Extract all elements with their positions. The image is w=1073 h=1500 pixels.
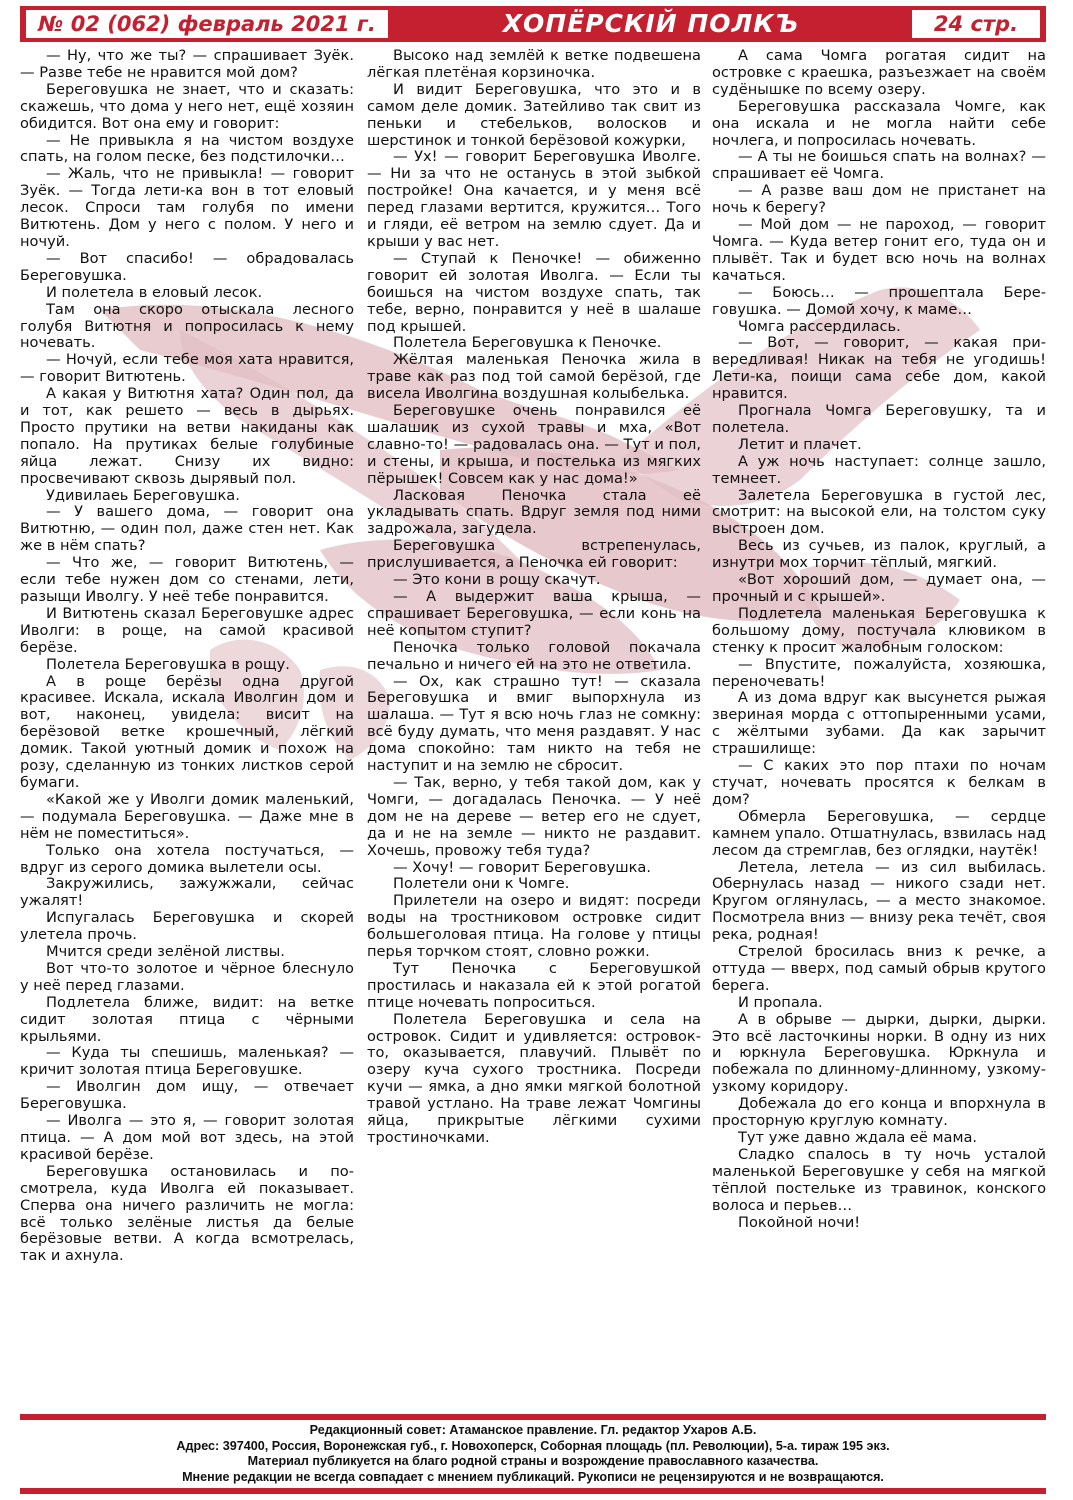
paragraph: «Вот хороший дом, — думает она, — прочны… [712, 572, 1046, 606]
paragraph: А какая у Витютня хата? Один пол, да и т… [20, 386, 354, 487]
paragraph: Полетела Береговушка в рощу. [20, 657, 354, 674]
paragraph: Добежала до его конца и впорх­нула в про… [712, 1096, 1046, 1130]
paragraph: И полетела в еловый лесок. [20, 285, 354, 302]
paragraph: Сладко спалось в ту ночь уста­лой малень… [712, 1147, 1046, 1215]
imprint-footer: Редакционный совет: Атаманское правление… [20, 1423, 1046, 1485]
newspaper-title: ХОПЁРСКIЙ ПОЛКЪ [396, 6, 906, 42]
paragraph: — А выдержит ваша крыша, — спрашивает Бе… [367, 589, 701, 640]
paragraph: — Куда ты спешишь, малень­кая? — кричит … [20, 1045, 354, 1079]
paragraph: Береговушка не знает, что и сказать: ска… [20, 82, 354, 133]
disclaimer-line: Мнение редакции не всегда совпадает с мн… [20, 1470, 1046, 1486]
paragraph: — А разве ваш дом не пристанет на ночь к… [712, 183, 1046, 217]
paragraph: А сама Чомга рогатая сидит на островке с… [712, 48, 1046, 99]
paragraph: Береговушка остановилась и по­смотрела, … [20, 1164, 354, 1265]
paragraph: — Впустите, пожалуйста, хозя­юшка, перен… [712, 657, 1046, 691]
paragraph: — Иволгин дом ищу, — отвечает Береговушк… [20, 1079, 354, 1113]
paragraph: — Жаль, что не привыкла! — го­ворит Зуёк… [20, 166, 354, 251]
paragraph: Только она хотела постучать­ся, — вдруг … [20, 843, 354, 877]
paragraph: — Не привыкла я на чистом воз­духе спать… [20, 133, 354, 167]
paragraph: — Ох, как страшно тут! — сказа­ла Берего… [367, 674, 701, 775]
paragraph: Прогнала Чомга Береговушку, та и полетел… [712, 403, 1046, 437]
paragraph: Береговушка встрепенулась, прислушиваетс… [367, 538, 701, 572]
issue-box: № 02 (062) февраль 2021 г. [26, 10, 388, 38]
article-column-1: — Ну, что же ты? — спрашивает Зуёк. — Ра… [20, 48, 354, 1265]
paragraph: — Так, верно, у тебя такой дом, как у Чо… [367, 775, 701, 860]
paragraph: А в роще берёзы одна другой красивее. Ис… [20, 674, 354, 792]
paragraph: И Витютень сказал Береговушке адрес Ивол… [20, 606, 354, 657]
footer-divider-bottom [20, 1488, 1046, 1494]
paragraph: Стрелой бросилась вниз к речке, а оттуда… [712, 944, 1046, 995]
masthead: № 02 (062) февраль 2021 г. ХОПЁРСКIЙ ПОЛ… [20, 6, 1046, 42]
paragraph: Полетели они к Чомге. [367, 876, 701, 893]
page-box: 24 стр. [912, 10, 1040, 38]
issue-number: № 02 (062) февраль 2021 г. [26, 10, 388, 38]
paragraph: — С каких это пор птахи по но­чам стучат… [712, 758, 1046, 809]
paragraph: Летит и плачет. [712, 437, 1046, 454]
paragraph: — А ты не боишься спать на волнах? — спр… [712, 149, 1046, 183]
paragraph: Залетела Береговушка в густой лес, смотр… [712, 488, 1046, 539]
paragraph: Удивилаеь Береговушка. [20, 488, 354, 505]
article-column-3: А сама Чомга рогатая сидит на островке с… [712, 48, 1046, 1231]
paragraph: Береговушке очень понравился её шалашик … [367, 403, 701, 488]
paragraph: Обмерла Береговушка, — серд­це камнем уп… [712, 809, 1046, 860]
footer-divider-top [20, 1414, 1046, 1420]
page-number: 24 стр. [912, 10, 1040, 38]
paragraph: — Вот, — говорит, — какая при­вередливая… [712, 335, 1046, 403]
paragraph: Испугалась Береговушка и ско­рей улетела… [20, 910, 354, 944]
paragraph: А уж ночь наступает: солнце за­шло, темн… [712, 454, 1046, 488]
paragraph: Подлетела маленькая Берего­вушка к больш… [712, 606, 1046, 657]
paragraph: Высоко над землёй к ветке под­вешена лёг… [367, 48, 701, 82]
paragraph: И видит Береговушка, что это и в самом д… [367, 82, 701, 150]
paragraph: Весь из сучьев, из палок, круг­лый, а из… [712, 538, 1046, 572]
paragraph: — Это кони в рощу скачут. [367, 572, 701, 589]
mission-line: Материал публикуется на благо родной стр… [20, 1454, 1046, 1470]
paragraph: Пеночка только головой покача­ла печальн… [367, 640, 701, 674]
paragraph: А из дома вдруг как высунется рыжая звер… [712, 690, 1046, 758]
paragraph: Подлетела ближе, видит: на ветке сидит з… [20, 995, 354, 1046]
paragraph: — Иволга — это я, — говорит зо­лотая пти… [20, 1113, 354, 1164]
paragraph: Закружились, зажужжали, сей­час ужалят! [20, 876, 354, 910]
paragraph: Ласковая Пеночка стала её укладывать спа… [367, 488, 701, 539]
paragraph: — Ступай к Пеночке! — обижен­но говорит … [367, 251, 701, 336]
paragraph: Мчится среди зелёной листвы. [20, 944, 354, 961]
paragraph: Береговушка рассказала Чомге, как она ис… [712, 99, 1046, 150]
paragraph: «Какой же у Иволги домик ма­ленький, — п… [20, 792, 354, 843]
paragraph: — Вот спасибо! — обрадовалась Береговушк… [20, 251, 354, 285]
paragraph: — Боюсь… — прошептала Бере­говушка. — До… [712, 285, 1046, 319]
article-body: — Ну, что же ты? — спрашивает Зуёк. — Ра… [20, 48, 1046, 1408]
paragraph: Вот что-то золотое и чёрное блеснуло у н… [20, 961, 354, 995]
article-column-2: Высоко над землёй к ветке под­вешена лёг… [367, 48, 701, 1147]
address-line: Адрес: 397400, Россия, Воронежская губ.,… [20, 1439, 1046, 1455]
paragraph: Полетела Береговушка к Пеноч­ке. [367, 335, 701, 352]
paragraph: Прилетели на озеро и видят: по­среди вод… [367, 893, 701, 961]
paragraph: — Ночуй, если тебе моя хата нравится, — … [20, 352, 354, 386]
paragraph: Жёлтая маленькая Пеночка жи­ла в траве к… [367, 352, 701, 403]
paragraph: — Ух! — говорит Береговушка Иволге. — Ни… [367, 149, 701, 250]
paragraph: Чомга рассердилась. [712, 319, 1046, 336]
paragraph: — Ну, что же ты? — спрашивает Зуёк. — Ра… [20, 48, 354, 82]
paragraph: — У вашего дома, — говорит она Витютню, … [20, 504, 354, 555]
paragraph: — Что же, — говорит Витю­тень, — если те… [20, 555, 354, 606]
paragraph: Полетела Береговушка и села на островок.… [367, 1012, 701, 1147]
paragraph: Покойной ночи! [712, 1215, 1046, 1232]
paragraph: И пропала. [712, 995, 1046, 1012]
paragraph: А в обрыве — дырки, дырки, дырки. Это вс… [712, 1012, 1046, 1097]
paragraph: — Мой дом — не пароход, — го­ворит Чомга… [712, 217, 1046, 285]
paragraph: Тут уже давно ждала её мама. [712, 1130, 1046, 1147]
paragraph: Тут Пеночка с Береговушкой простилась и … [367, 961, 701, 1012]
editorial-board-line: Редакционный совет: Атаманское правление… [20, 1423, 1046, 1439]
paragraph: Там она скоро отыскала лесного голубя Ви… [20, 302, 354, 353]
paragraph: Летела, летела — из сил выби­лась. Оберн… [712, 860, 1046, 945]
paragraph: — Хочу! — говорит Береговуш­ка. [367, 860, 701, 877]
